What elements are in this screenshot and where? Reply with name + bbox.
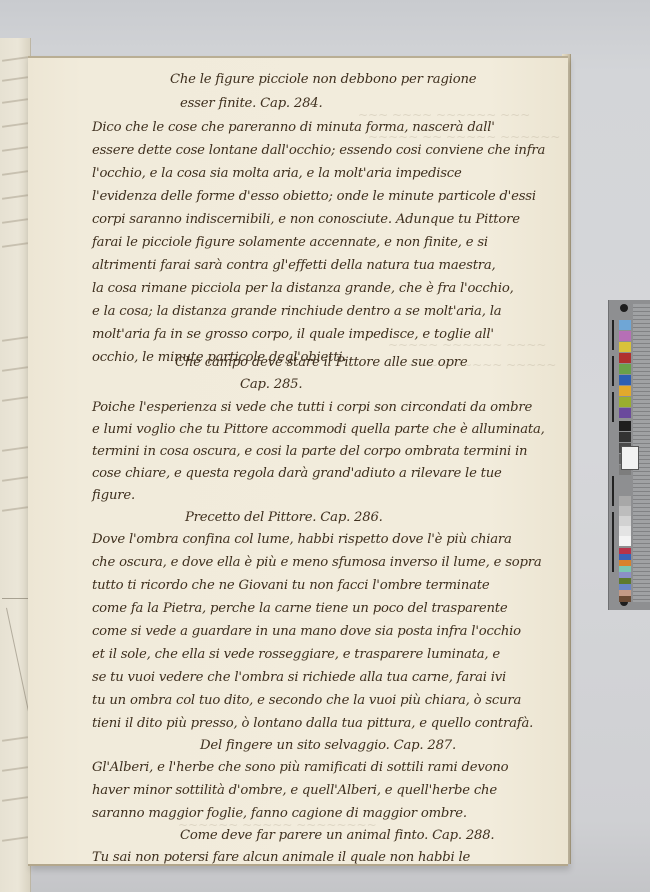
left-page-diagram-line [6, 608, 30, 716]
chart-rule-mark [612, 356, 614, 386]
left-page-ghost-text [2, 836, 28, 842]
chapter-285-title: Che campo deve stare il Pittore alle sue… [175, 355, 467, 370]
left-page-ghost-text [2, 796, 28, 802]
facing-left-page [0, 38, 31, 892]
chapter-285-line: cose chiare, e questa regola darà grand'… [92, 466, 502, 481]
left-page-ghost-text [2, 506, 28, 512]
swatch [619, 408, 631, 418]
chapter-286-line: che oscura, e dove ella è più e meno sfu… [92, 555, 542, 570]
chapter-285-line: termini in cosa oscura, e cosi la parte … [92, 444, 527, 459]
chart-label-card [621, 446, 639, 470]
swatch [619, 331, 631, 341]
left-page-ghost-text [2, 98, 28, 104]
chapter-284-title: esser finite. Cap. 284. [180, 96, 322, 111]
chapter-284-line: la cosa rimane picciola per la distanza … [92, 281, 514, 296]
light-gray-swatch [619, 496, 631, 506]
chapter-286-line: se tu vuoi vedere che l'ombra si richied… [92, 670, 506, 685]
left-page-diagram-line [2, 598, 28, 599]
left-page-ghost-text [2, 56, 28, 62]
chapter-286-line: tieni il dito più presso, ò lontano dall… [92, 716, 533, 731]
left-page-ghost-text [2, 218, 28, 224]
left-page-ghost-text [2, 736, 28, 742]
chapter-284-line: l'evidenza delle forme d'esso obietto; o… [92, 189, 536, 204]
swatch [619, 342, 631, 352]
left-page-ghost-text [2, 766, 28, 772]
light-gray-swatch [619, 506, 631, 516]
chapter-286-line: Dove l'ombra confina col lume, habbi ris… [92, 532, 512, 547]
gray-swatch [619, 421, 631, 431]
left-page-ghost-text [2, 170, 28, 176]
left-page-ghost-text [2, 366, 28, 372]
swatch [619, 364, 631, 374]
chapter-285-line: figure. [92, 488, 135, 503]
chapter-286-line: tu un ombra col tuo dito, e secondo che … [92, 693, 521, 708]
chapter-284-line: Dico che le cose che pareranno di minuta… [92, 120, 495, 135]
left-page-ghost-text [2, 122, 28, 128]
chart-rule-mark [612, 476, 614, 506]
chapter-284-title: Che le figure picciole non debbono per r… [170, 72, 476, 87]
left-page-ghost-text [2, 76, 28, 82]
chapter-284-line: l'occhio, e la cosa sia molta aria, e la… [92, 166, 462, 181]
chart-rule-mark [612, 320, 614, 350]
chapter-286-title: Precetto del Pittore. Cap. 286. [185, 510, 383, 525]
chapter-284-line: farai le picciole figure solamente accen… [92, 235, 488, 250]
chapter-288-title: Come deve far parere un animal finto. Ca… [180, 828, 494, 843]
gray-swatch [619, 432, 631, 442]
chapter-287-line: saranno maggior foglie, fanno cagione di… [92, 806, 467, 821]
chapter-284-line: corpi saranno indiscernibili, e non cono… [92, 212, 520, 227]
chapter-285-line: e lumi voglio che tu Pittore accommodi q… [92, 422, 545, 437]
chart-rule-mark [612, 512, 614, 572]
left-page-ghost-text [2, 242, 28, 248]
chapter-287-line: Gl'Alberi, e l'herbe che sono più ramifi… [92, 760, 508, 775]
chapter-287-title: Del fingere un sito selvaggio. Cap. 287. [200, 738, 456, 753]
left-page-ghost-text [2, 446, 28, 452]
left-page-ghost-text [2, 476, 28, 482]
chart-rule-mark [612, 392, 614, 422]
chart-registration-dot [620, 304, 628, 312]
left-page-ghost-text [2, 146, 28, 152]
swatch [619, 375, 631, 385]
chapter-286-line: tutto ti ricordo che ne Giovani tu non f… [92, 578, 489, 593]
chapter-284-line: e la cosa; la distanza grande rinchiude … [92, 304, 501, 319]
chapter-287-line: haver minor sottilità d'ombre, e quell'A… [92, 783, 497, 798]
left-page-ghost-text [2, 396, 28, 402]
chapter-284-line: essere dette cose lontane dall'occhio; e… [92, 143, 545, 158]
chapter-284-line: altrimenti farai sarà contra gl'effetti … [92, 258, 496, 273]
swatch [619, 320, 631, 330]
chapter-284-line: molt'aria fa in se grosso corpo, il qual… [92, 327, 494, 342]
swatch [619, 353, 631, 363]
light-gray-swatch [619, 516, 631, 526]
swatch-bottom [619, 596, 631, 602]
chapter-288-line: Tu sai non potersi fare alcun animale il… [92, 850, 470, 865]
swatch [619, 397, 631, 407]
color-calibration-chart [608, 300, 650, 610]
left-page-ghost-text [2, 194, 28, 200]
left-page-ghost-text [2, 336, 28, 342]
chapter-285-line: Poiche l'esperienza si vede che tutti i … [92, 400, 532, 415]
chapter-286-line: come si vede a guardare in una mano dove… [92, 624, 521, 639]
light-gray-swatch [619, 526, 631, 536]
chapter-285-title: Cap. 285. [240, 377, 302, 392]
light-gray-swatch [619, 536, 631, 546]
chapter-286-line: et il sole, che ella si vede rosseggiare… [92, 647, 500, 662]
swatch [619, 386, 631, 396]
chapter-286-line: come fa la Pietra, perche la carne tiene… [92, 601, 508, 616]
